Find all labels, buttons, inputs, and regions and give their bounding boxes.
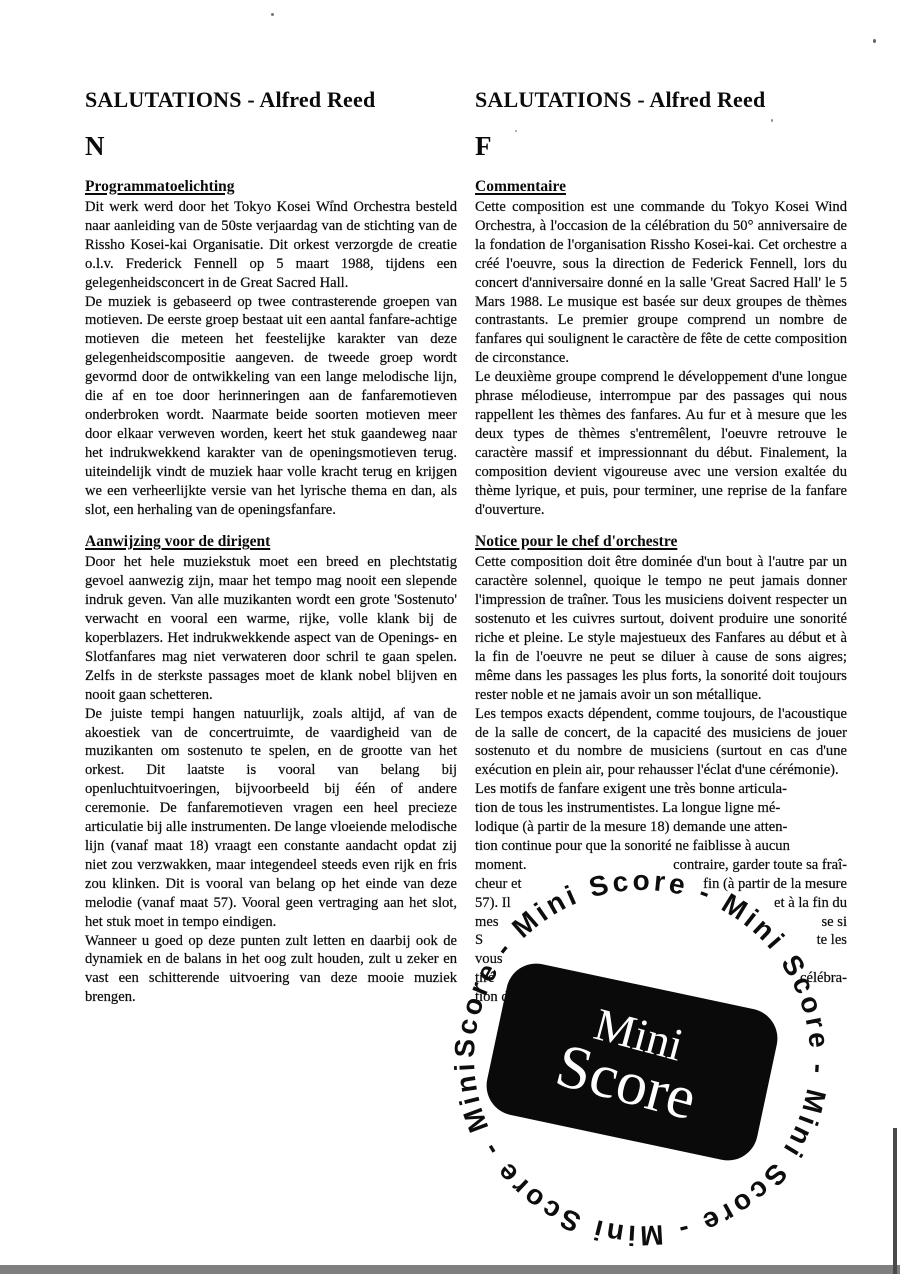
stamped-line: moment.contraire, garder toute sa fraî- [475,856,847,875]
stamped-line: Ste les [475,931,847,950]
paragraph: Wanneer u goed op deze punten zult lette… [85,932,457,1008]
stamped-line: 57). Ilet à la fin du [475,894,847,913]
section-heading-notice: Notice pour le chef d'orchestre [475,533,847,551]
stamped-line: messe si [475,913,847,932]
paragraph: Le deuxième groupe comprend le développe… [475,368,847,519]
line-fragment-right: fin (à partir de la mesure [703,875,847,894]
page-title-dutch: SALUTATIONS - Alfred Reed [85,88,457,112]
page-title-french: SALUTATIONS - Alfred Reed [475,88,847,112]
paragraph: Cette composition doit être dominée d'un… [475,553,847,704]
paragraph: Dit werk werd door het Tokyo Kosei Wind … [85,198,457,293]
line-fragment-left: vous [475,950,503,969]
paragraph: Les tempos exacts dépendent, comme toujo… [475,705,847,781]
scan-speck [271,13,274,16]
scan-speck [331,200,334,203]
paragraph: Cette composition est une commande du To… [475,198,847,368]
language-label-n: N [85,131,457,161]
line-fragment-left: tion continue pour que la sonorité ne fa… [475,837,790,856]
scan-edge-bar [0,1265,900,1274]
line-fragment-right: te les [817,931,847,950]
line-fragment-left: mes [475,913,499,932]
line-fragment-left: 57). Il [475,894,511,913]
paragraph: De juiste tempi hangen natuurlijk, zoals… [85,705,457,932]
line-fragment-left: cheur et [475,875,522,894]
stamped-line: cheur etfin (à partir de la mesure [475,875,847,894]
language-label-f: F [475,131,847,161]
document-page: SALUTATIONS - Alfred Reed N Programmatoe… [0,0,900,1274]
column-french: SALUTATIONS - Alfred Reed F Commentaire … [475,88,847,1007]
line-fragment-left: moment. [475,856,526,875]
line-fragment-right: se si [821,913,847,932]
section-heading-commentaire: Commentaire [475,178,847,196]
line-fragment-left: tion de tous les instrumentistes. La lon… [475,799,780,818]
line-fragment-right: contraire, garder toute sa fraî- [673,856,847,875]
scan-speck [771,119,773,122]
stamped-line: lodique (à partir de la mesure 18) deman… [475,818,847,837]
paragraph: Door het hele muziekstuk moet een breed … [85,553,457,704]
scan-right-edge-line [893,1128,897,1274]
stamped-line: tion de tous les instrumentistes. La lon… [475,799,847,818]
section-heading-programmatoelichting: Programmatoelichting [85,178,457,196]
scan-speck [515,130,517,132]
mini-score-stamp-text: Mini Score [551,996,713,1127]
line-fragment-left: S [475,931,483,950]
section-heading-aanwijzing: Aanwijzing voor de dirigent [85,533,457,551]
line-fragment-left: tiré [475,969,494,988]
line-fragment-right: et à la fin du [774,894,847,913]
line-fragment-left: lodique (à partir de la mesure 18) deman… [475,818,787,837]
line-fragment-right: célébra- [800,969,847,988]
paragraph: De muziek is gebaseerd op twee contraste… [85,293,457,520]
stamped-line: Les motifs de fanfare exigent une très b… [475,780,847,799]
scan-speck [873,39,876,43]
column-dutch: SALUTATIONS - Alfred Reed N Programmatoe… [85,88,457,1007]
stamped-line: tion continue pour que la sonorité ne fa… [475,837,847,856]
line-fragment-left: Les motifs de fanfare exigent une très b… [475,780,787,799]
